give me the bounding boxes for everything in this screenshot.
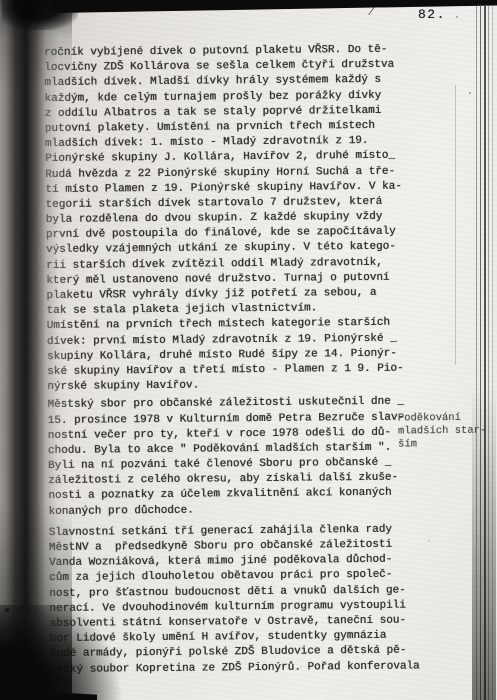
text-line: konaných pro důchodce. (48, 501, 430, 520)
typewritten-body-text: ročník vybíjené dívek o putovní plaketu … (44, 42, 432, 677)
paragraph: ročník vybíjené dívek o putovní plaketu … (44, 42, 429, 395)
book-page-edge-line (492, 6, 493, 700)
book-page-edge-line (484, 6, 486, 700)
page-number: 82. (418, 7, 446, 22)
paragraph: Městský sbor pro občanské záležitosti us… (47, 395, 430, 520)
book-page-edge-line (476, 6, 477, 700)
page-crease-line (455, 85, 456, 365)
margin-note-line: Poděkování (398, 412, 493, 426)
paragraph: Slavnostní setkání tří generací zahájila… (49, 522, 432, 678)
book-page-edge-line (488, 6, 489, 700)
margin-note-line: mladších star- (398, 425, 493, 439)
scan-edge-bottom (0, 688, 97, 700)
scanned-chronicle-page: / 82. ročník vybíjené dívek o putovní pl… (0, 0, 497, 700)
book-page-edge-line (480, 6, 481, 700)
scan-specks (0, 0, 2, 2)
text-line: nýrské skupiny Havířov. (47, 376, 429, 395)
margin-note-line: ším (398, 438, 493, 452)
margin-note: Poděkovánímladších star-ším (398, 412, 493, 453)
text-line: vecký soubor Kopretina ze ZDŠ Pionýrů. P… (50, 659, 432, 678)
